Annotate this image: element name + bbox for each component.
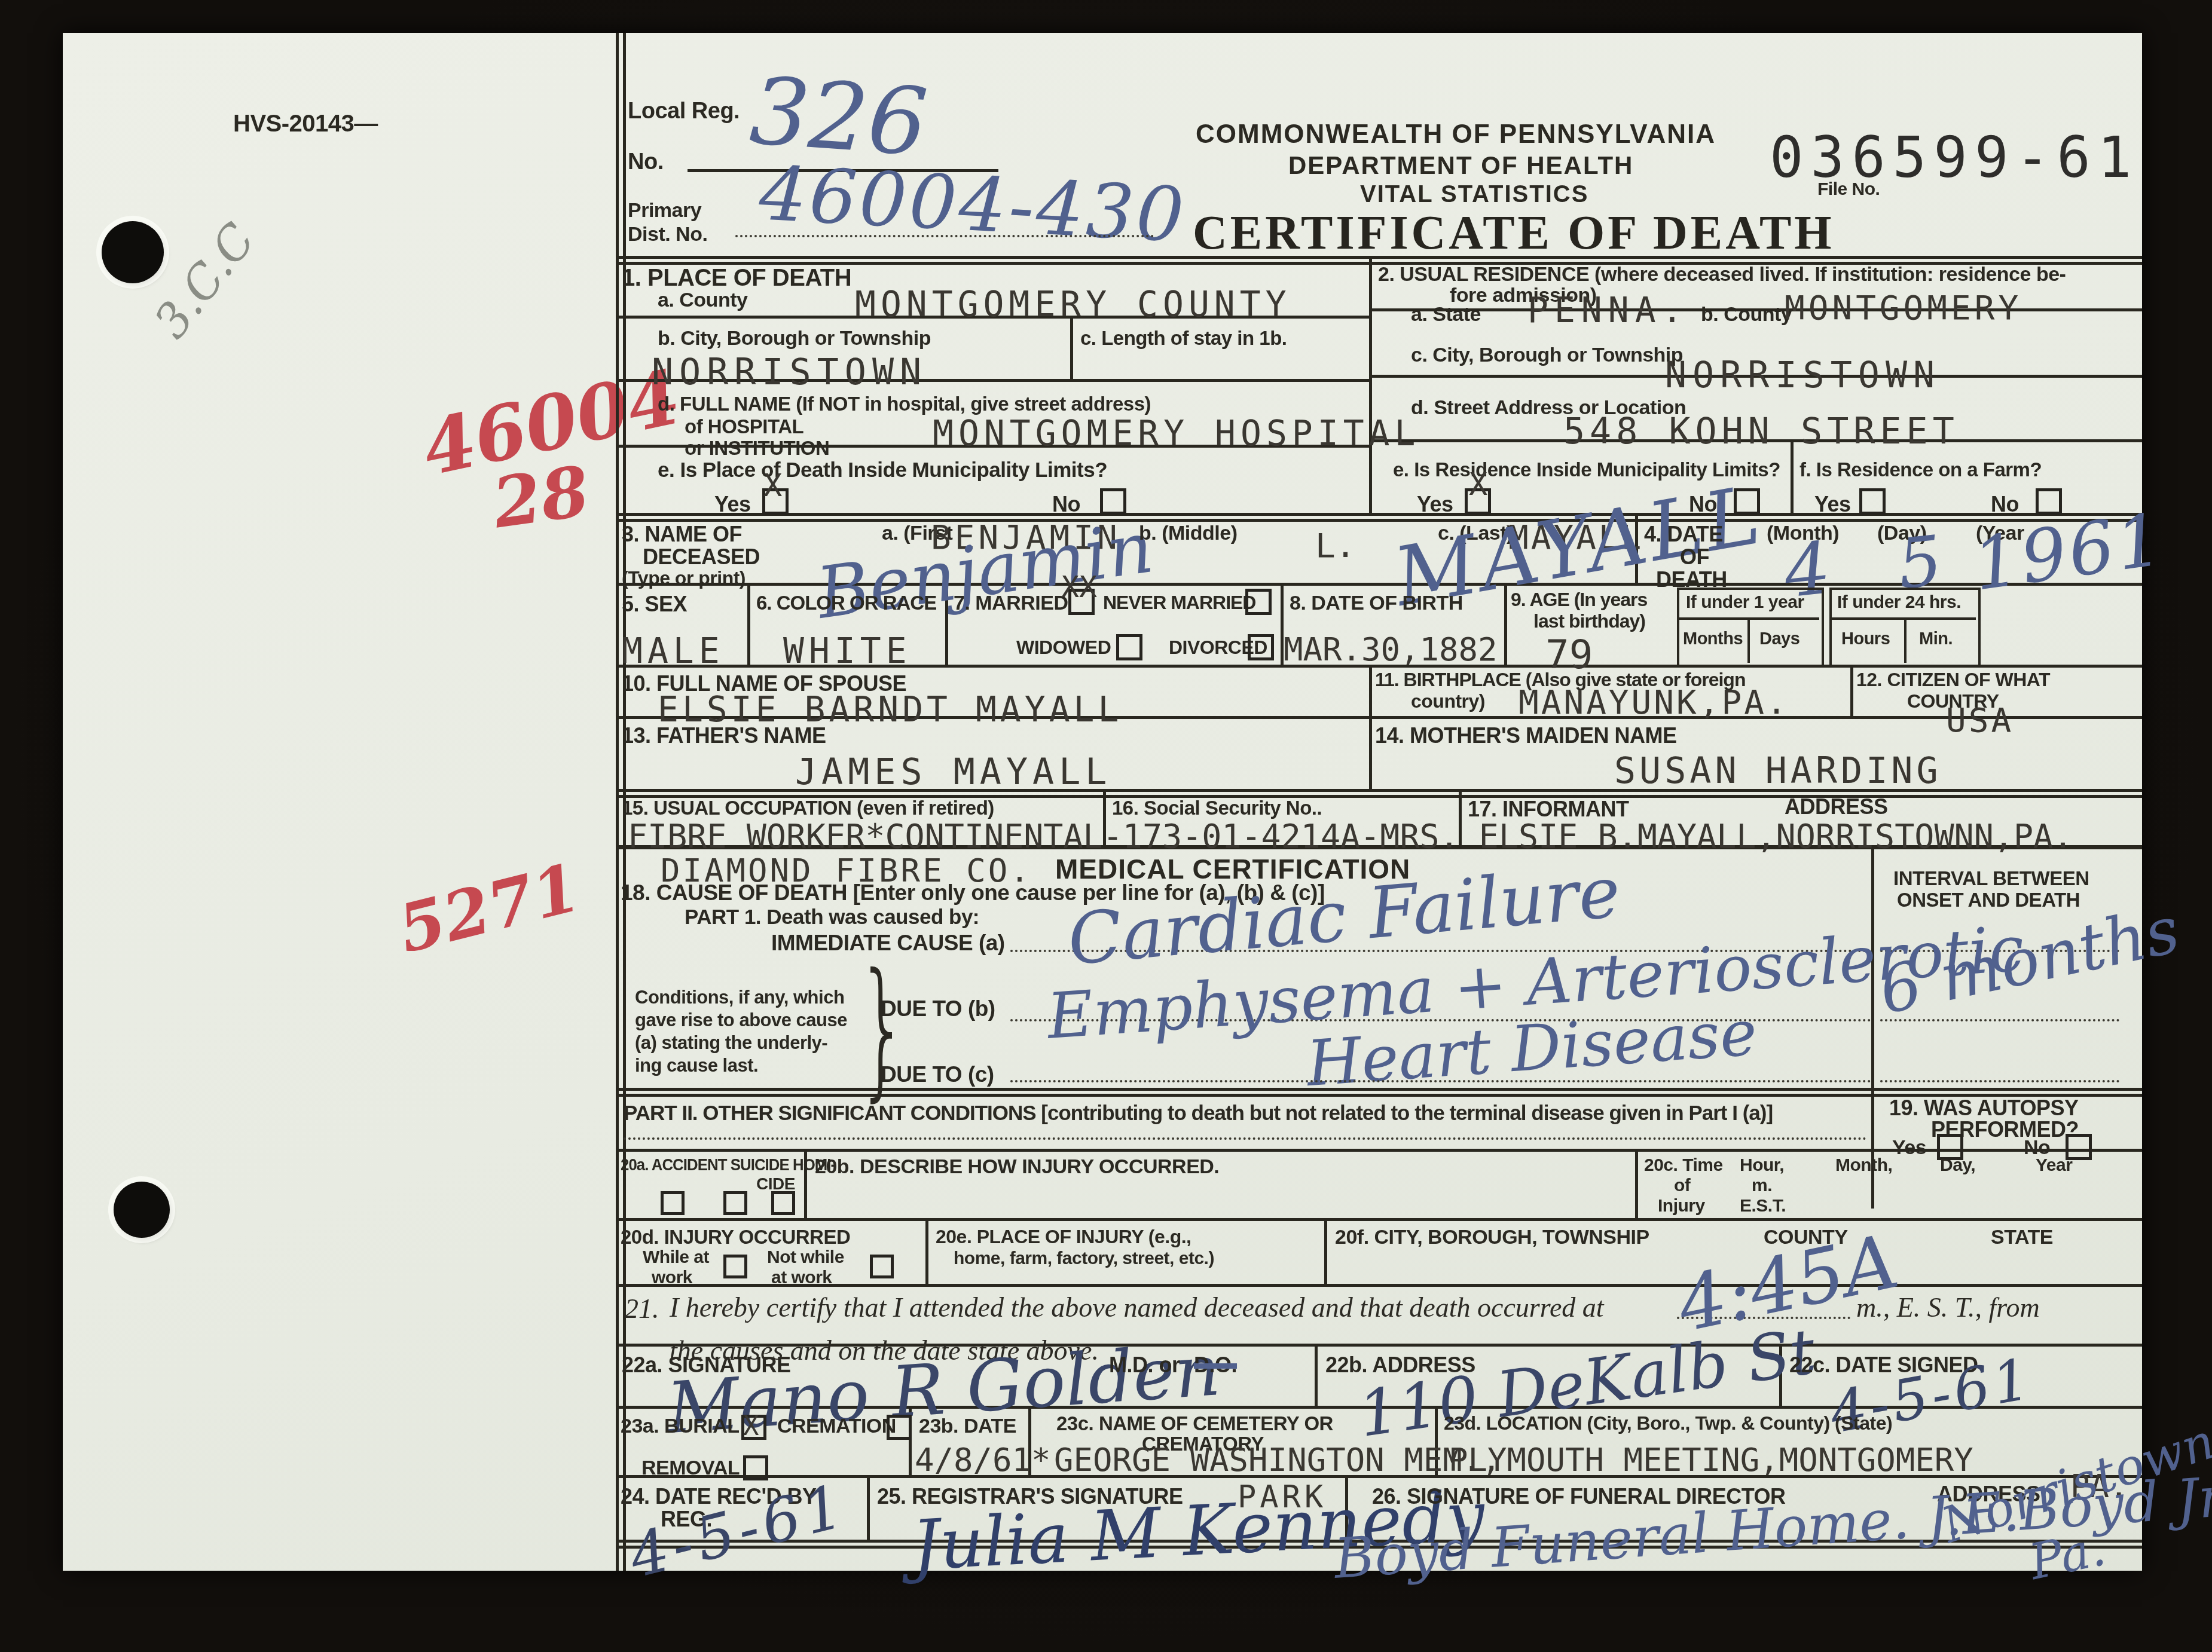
s20c-header8: Day,	[1940, 1155, 1975, 1176]
vrule	[747, 583, 750, 665]
s1d-label2: of HOSPITAL	[685, 415, 803, 438]
s9-header2: last birthday)	[1533, 610, 1645, 632]
interval-header1: INTERVAL BETWEEN	[1893, 867, 2089, 890]
s9-header1: 9. AGE (In years	[1511, 589, 1647, 611]
s2b-label: b. County	[1701, 303, 1792, 326]
s23a-cremation-checkbox	[887, 1415, 912, 1440]
s23d-header: 23d. LOCATION (City, Boro., Twp. & Count…	[1444, 1412, 1892, 1434]
s18-due-c: DUE TO (c)	[881, 1062, 994, 1087]
certificate-title: CERTIFICATE OF DEATH	[1193, 206, 1835, 261]
vrule	[1369, 256, 1372, 513]
s20c-header4: Hour,	[1740, 1155, 1784, 1176]
s5-value: MALE	[622, 631, 725, 671]
s7-header: 7. MARRIED	[954, 592, 1068, 615]
s20c-header3: Injury	[1658, 1196, 1705, 1216]
punch-hole-top	[102, 221, 164, 283]
s23c-header1: 23c. NAME OF CEMETERY OR	[1056, 1412, 1333, 1435]
s1e-label: e. Is Place of Death Inside Municipality…	[658, 458, 1107, 482]
s20d-notwhile1: Not while	[767, 1247, 844, 1268]
s11-value: MANAYUNK,PA.	[1519, 683, 1789, 722]
s23a-header: 23a. BURIAL	[621, 1415, 740, 1438]
vrule	[1635, 1149, 1638, 1218]
s18-cond-line1: Conditions, if any, which	[635, 987, 844, 1008]
s2-header1: 2. USUAL RESIDENCE (where deceased lived…	[1378, 263, 2066, 286]
s2e-yes-mark: X	[1469, 467, 1487, 503]
s18-cond-line3: (a) stating the underly-	[635, 1032, 827, 1054]
s22a-do-label: D.O.	[1194, 1353, 1237, 1378]
s1b-value: NORRISTOWN	[652, 351, 927, 393]
vrule	[1315, 1344, 1318, 1406]
s6-value: WHITE	[783, 631, 912, 671]
s2f-yes-label: Yes	[1814, 492, 1851, 517]
s20c-header6: E.S.T.	[1740, 1196, 1786, 1216]
vrule	[1070, 316, 1073, 379]
s13-header: 13. FATHER'S NAME	[622, 723, 826, 748]
s7-never-married-label: NEVER MARRIED	[1103, 592, 1255, 614]
s2d-value: 548 KOHN STREET	[1563, 411, 1959, 452]
s3-header1: 3. NAME OF	[622, 522, 742, 547]
s20a-homicide-checkbox	[771, 1191, 795, 1215]
s1e-no-label: No	[1052, 492, 1080, 517]
s20e-header1: 20e. PLACE OF INJURY (e.g.,	[936, 1226, 1191, 1248]
s20c-header5: m.	[1752, 1176, 1772, 1196]
s1d-value: MONTGOMERY HOSPITAL	[933, 413, 1420, 454]
s3-header3: (Type or print)	[622, 567, 746, 589]
s3-header2: DECEASED	[643, 544, 760, 570]
s2f-no-checkbox	[2036, 488, 2062, 515]
s14-header: 14. MOTHER'S MAIDEN NAME	[1375, 723, 1677, 748]
s19-yes-label: Yes	[1892, 1136, 1926, 1160]
rule	[616, 1218, 2142, 1221]
s23b-value: 4/8/61*	[915, 1441, 1051, 1479]
department: DEPARTMENT OF HEALTH	[1288, 151, 1633, 180]
dist-no-value: 46004-430	[757, 150, 1189, 259]
s23a-removal-checkbox	[743, 1455, 768, 1480]
s23c-value: GEORGE WASHINGTON MEM.,	[1054, 1441, 1501, 1479]
s2c-value: NORRISTOWN	[1665, 354, 1941, 396]
vital-statistics: VITAL STATISTICS	[1360, 181, 1588, 208]
s18-part2: PART II. OTHER SIGNIFICANT CONDITIONS [c…	[624, 1102, 1773, 1125]
s1d-label1: d. FULL NAME (If NOT in hospital, give s…	[658, 393, 1151, 415]
file-no-stamp: 036599-61	[1770, 126, 2138, 191]
vrule	[925, 1218, 928, 1284]
s23a-burial-mark: X	[743, 1411, 759, 1442]
rule	[616, 1284, 2142, 1287]
s8-value: MAR.30,1882	[1284, 631, 1498, 668]
s23b-header: 23b. DATE	[919, 1415, 1016, 1438]
rule	[616, 513, 2142, 516]
vrule	[1904, 617, 1907, 663]
s5-header: 5. SEX	[622, 592, 687, 617]
s2f-no-label: No	[1991, 492, 2019, 517]
red-note-5271: 5271	[391, 849, 587, 968]
s20a-header1: 20a. ACCIDENT SUICIDE HOMI-	[621, 1155, 835, 1174]
commonwealth: COMMONWEALTH OF PENNSYLVANIA	[1196, 120, 1716, 149]
interval-handwritten: 6 months	[1873, 893, 2186, 1029]
dist-no-underline	[735, 235, 1154, 237]
s1-header: 1. PLACE OF DEATH	[622, 265, 851, 292]
s7-widowed-checkbox	[1116, 634, 1142, 660]
rule	[616, 256, 2142, 259]
red-note-28: 28	[488, 451, 594, 544]
s7-married-mark: XX	[1061, 570, 1097, 604]
part2-line	[624, 1137, 1867, 1140]
s20b-header: 20b. DESCRIBE HOW INJURY OCCURRED.	[815, 1155, 1219, 1179]
vrule	[1369, 665, 1372, 716]
s16-header: 16. Social Security No..	[1112, 797, 1322, 819]
s7-widowed-label: WIDOWED	[1016, 637, 1111, 659]
s20c-header7: Month,	[1835, 1155, 1892, 1176]
local-reg-label: Local Reg.	[628, 99, 740, 124]
certificate-paper: HVS-20143— 3.C.C 46004 28 5271 Local Reg…	[63, 33, 2142, 1571]
s23a-removal-label: REMOVAL	[641, 1457, 740, 1480]
vrule	[1871, 849, 1874, 1209]
dist-no-label: Dist. No.	[628, 223, 707, 246]
s17-address-label: ADDRESS	[1785, 794, 1888, 819]
scanned-death-certificate: HVS-20143— 3.C.C 46004 28 5271 Local Reg…	[0, 0, 2212, 1652]
s20e-header2: home, farm, factory, street, etc.)	[954, 1249, 1214, 1269]
s1a-label: a. County	[658, 289, 747, 312]
form-number: HVS-20143—	[233, 111, 378, 137]
rule	[1829, 617, 1976, 620]
s20f-state: STATE	[1991, 1226, 2053, 1249]
s20f-header: 20f. CITY, BOROUGH, TOWNSHIP	[1335, 1226, 1649, 1249]
s20d-notwhile2: at work	[771, 1268, 832, 1288]
s20a-accident-checkbox	[661, 1191, 685, 1215]
s2b-value: MONTGOMERY	[1785, 289, 2022, 328]
s2f-label: f. Is Residence on a Farm?	[1799, 458, 2042, 481]
s3b-label: b. (Middle)	[1139, 522, 1237, 545]
s21-text1: I hereby certify that I attended the abo…	[670, 1292, 1604, 1323]
s9-u1-label: If under 1 year	[1686, 592, 1804, 613]
s6-header: 6. COLOR OR RACE	[756, 592, 936, 614]
s23a-cremation-label: CREMATION	[777, 1415, 896, 1438]
s7-divorced-checkbox	[1248, 634, 1274, 660]
s4-header2: OF	[1680, 544, 1709, 570]
pencil-note: 3.C.C	[144, 213, 266, 348]
s9-months-label: Months	[1683, 629, 1743, 649]
vrule	[1747, 617, 1750, 663]
s22a-md-label: M.D. or	[1109, 1353, 1180, 1378]
s20c-header2: of	[1674, 1176, 1690, 1196]
s11-header2: country)	[1411, 690, 1485, 712]
s21-number: 21.	[625, 1293, 659, 1324]
s9-min-label: Min.	[1919, 629, 1953, 649]
s9-days-label: Days	[1759, 629, 1799, 649]
s1e-yes-mark: X	[763, 468, 782, 504]
s2c-label: c. City, Borough or Township	[1411, 344, 1683, 367]
s20d-while2: work	[652, 1268, 692, 1288]
vrule	[1369, 716, 1372, 789]
s20a-suicide-checkbox	[723, 1191, 747, 1215]
s2a-value: PENNA.	[1527, 290, 1689, 331]
s20c-header9: Year	[2036, 1155, 2072, 1176]
s12-value: USA	[1946, 701, 2014, 740]
s1b-label: b. City, Borough or Township	[658, 327, 931, 350]
s18-cond-line4: ing cause last.	[635, 1055, 758, 1076]
vrule	[1850, 665, 1853, 716]
s20d-while1: While at	[643, 1247, 709, 1268]
vrule	[1324, 1218, 1327, 1284]
s7-never-married-checkbox	[1245, 589, 1272, 615]
s2a-label: a. State	[1411, 303, 1481, 326]
primary-label: Primary	[628, 199, 701, 222]
no-label: No.	[628, 149, 664, 175]
s1e-yes-label: Yes	[714, 492, 751, 517]
s3b-typed: L.	[1315, 527, 1355, 565]
s20d-while-checkbox	[723, 1255, 747, 1278]
s1a-value: MONTGOMERY COUNTY	[855, 284, 1291, 325]
cause-c-line	[1010, 1080, 1871, 1082]
s1d-label3: or INSTITUTION	[685, 437, 829, 460]
s20d-notwhile-checkbox	[870, 1255, 894, 1278]
s18-cond-line2: gave rise to above cause	[635, 1009, 847, 1031]
s14-value: SUSAN HARDING	[1614, 750, 1942, 792]
s1c-label: c. Length of stay in 1b.	[1080, 327, 1287, 350]
interval-header2: ONSET AND DEATH	[1897, 889, 2080, 911]
s15-header: 15. USUAL OCCUPATION (even if retired)	[622, 797, 994, 819]
s13-value: JAMES MAYALL	[795, 751, 1111, 793]
punch-hole-bottom	[114, 1182, 170, 1238]
vrule	[867, 1475, 870, 1540]
s2e-yes-label: Yes	[1417, 492, 1453, 517]
s8-header: 8. DATE OF BIRTH	[1290, 592, 1463, 615]
s20c-header1: 20c. Time	[1644, 1155, 1723, 1176]
s20d-header: 20d. INJURY OCCURRED	[621, 1226, 850, 1249]
s2f-yes-checkbox	[1859, 488, 1886, 515]
s18-due-b: DUE TO (b)	[881, 996, 995, 1021]
s23d-value: PLYMOUTH MEETING,MONTGOMERY	[1449, 1441, 1973, 1479]
s9-hours-label: Hours	[1841, 629, 1890, 649]
s9-u2-label: If under 24 hrs.	[1837, 592, 1961, 613]
s12-header1: 12. CITIZEN OF WHAT	[1856, 669, 2050, 691]
cause-c-line-int	[1880, 1080, 2119, 1082]
s4-header1: 4. DATE	[1644, 522, 1723, 547]
s18-part1: PART 1. Death was caused by:	[685, 905, 979, 929]
s15-typed-line: FIBRE WORKER*CONTINENTAL-173-01-4214A-MR…	[628, 817, 2073, 855]
